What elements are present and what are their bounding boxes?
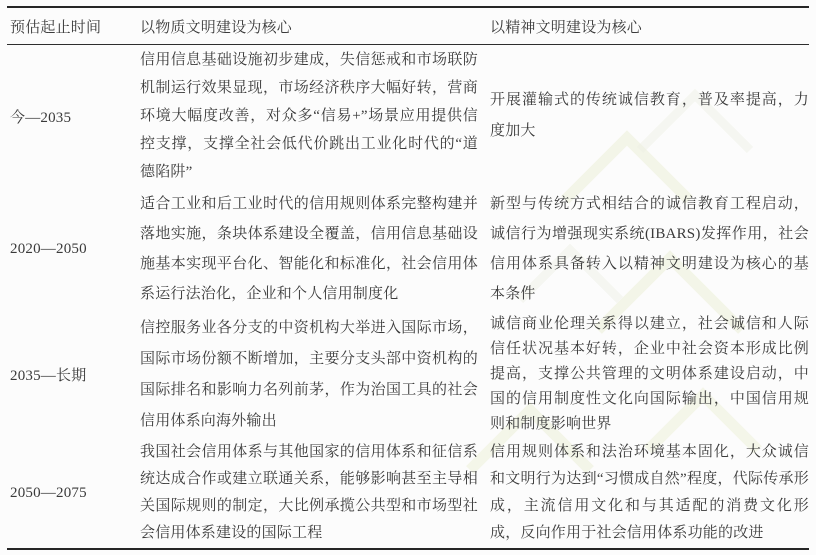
- period-value: 2035—长期: [10, 364, 140, 385]
- material-text: 我国社会信用体系与其他国家的信用体系和征信系统达成合作或建立联通关系，能够影响甚…: [140, 439, 478, 547]
- material-cell: 信控服务业各分支的中资机构大举进入国际市场，国际市场份额不断增加，主要分支头部中…: [140, 313, 490, 437]
- table-row: 2050—2075 我国社会信用体系与其他国家的信用体系和征信系统达成合作或建立…: [7, 438, 809, 548]
- material-cell: 信用信息基础设施初步建成，失信惩戒和市场联防机制运行效果显现，市场经济秩序大幅好…: [140, 46, 490, 186]
- spiritual-cell: 信用规则体系和法治环境基本固化，大众诚信和文明行为达到“习惯成自然”程度，代际传…: [490, 439, 809, 547]
- period-cell: 今—2035: [7, 106, 140, 127]
- material-text: 适合工业和后工业时代的信用规则体系完整构建并落地实施，条块体系建设全覆盖，信用信…: [140, 189, 478, 309]
- period-cell: 2035—长期: [7, 364, 140, 385]
- table-header-row: 预估起止时间 以物质文明建设为核心 以精神文明建设为核心: [7, 8, 809, 45]
- spiritual-text: 开展灌输式的传统诚信教育，普及率提高，力度加大: [490, 85, 809, 147]
- period-cell: 2020—2050: [7, 241, 140, 258]
- spiritual-text: 新型与传统方式相结合的诚信教育工程启动，诚信行为增强现实系统(IBARS)发挥作…: [490, 189, 809, 309]
- period-cell: 2050—2075: [7, 485, 140, 502]
- period-value: 2020—2050: [10, 241, 140, 258]
- header-period: 预估起止时间: [7, 16, 140, 37]
- spiritual-text: 信用规则体系和法治环境基本固化，大众诚信和文明行为达到“习惯成自然”程度，代际传…: [490, 439, 809, 547]
- material-text: 信控服务业各分支的中资机构大举进入国际市场，国际市场份额不断增加，主要分支头部中…: [140, 313, 478, 437]
- spiritual-cell: 诚信商业伦理关系得以建立，社会诚信和人际信任状况基本好转，企业中社会资本形成比例…: [490, 312, 809, 437]
- period-value: 今—2035: [10, 106, 140, 127]
- spiritual-cell: 开展灌输式的传统诚信教育，普及率提高，力度加大: [490, 85, 809, 147]
- table-row: 2035—长期 信控服务业各分支的中资机构大举进入国际市场，国际市场份额不断增加…: [7, 311, 809, 438]
- table-row: 今—2035 信用信息基础设施初步建成，失信惩戒和市场联防机制运行效果显现，市场…: [7, 45, 809, 187]
- material-cell: 我国社会信用体系与其他国家的信用体系和征信系统达成合作或建立联通关系，能够影响甚…: [140, 439, 490, 547]
- header-spiritual-civilization: 以精神文明建设为核心: [490, 16, 809, 37]
- material-text: 信用信息基础设施初步建成，失信惩戒和市场联防机制运行效果显现，市场经济秩序大幅好…: [140, 46, 478, 186]
- page: { "page": { "background": "#fcfcfc", "te…: [0, 0, 816, 555]
- spiritual-cell: 新型与传统方式相结合的诚信教育工程启动，诚信行为增强现实系统(IBARS)发挥作…: [490, 189, 809, 309]
- material-cell: 适合工业和后工业时代的信用规则体系完整构建并落地实施，条块体系建设全覆盖，信用信…: [140, 189, 490, 309]
- table-row: 2020—2050 适合工业和后工业时代的信用规则体系完整构建并落地实施，条块体…: [7, 187, 809, 311]
- period-value: 2050—2075: [10, 485, 140, 502]
- header-material-civilization: 以物质文明建设为核心: [140, 16, 490, 37]
- spiritual-text: 诚信商业伦理关系得以建立，社会诚信和人际信任状况基本好转，企业中社会资本形成比例…: [490, 312, 809, 437]
- phases-table: 预估起止时间 以物质文明建设为核心 以精神文明建设为核心 今—2035 信用信息…: [7, 6, 809, 550]
